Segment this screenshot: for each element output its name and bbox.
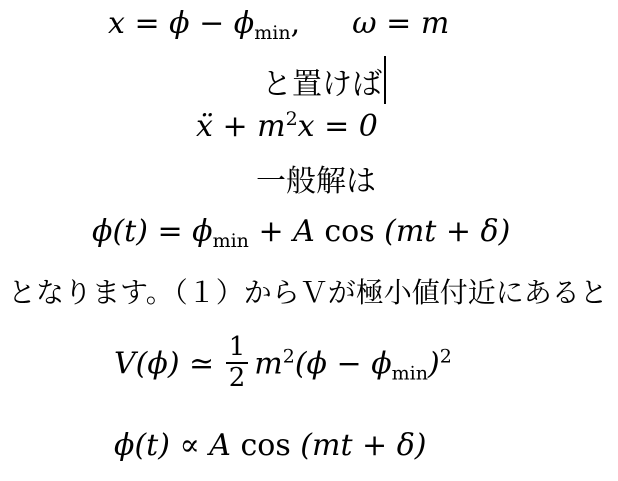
- equation-solution-pre: ϕ(t) = ϕ: [92, 214, 213, 249]
- equation-substitution[interactable]: x = ϕ − ϕmin,ω = m: [108, 6, 449, 45]
- equation-solution-subscript: min: [213, 230, 249, 252]
- cos-function-label: cos: [324, 214, 374, 249]
- equation-motion-exponent: 2: [286, 108, 298, 130]
- equation-substitution-subscript: min: [254, 22, 290, 44]
- equation-prop-post: (mt + δ): [291, 428, 427, 463]
- jp-text-general-solution-label: 一般解は: [256, 165, 376, 198]
- equation-general-solution[interactable]: ϕ(t) = ϕmin + A cos (mt + δ): [92, 214, 510, 253]
- equation-potential-pre: V(ϕ) ≃: [114, 347, 224, 382]
- jp-text-put[interactable]: と置けば: [262, 56, 386, 104]
- equation-potential-close-paren: ): [428, 347, 440, 382]
- equation-substitution-comma: ,: [291, 6, 301, 41]
- equation-potential-subscript: min: [392, 363, 428, 385]
- fraction-denominator: 2: [226, 362, 249, 393]
- equation-motion-pre: ẍ + m: [196, 109, 286, 144]
- equation-potential-outer-exponent: 2: [440, 346, 452, 368]
- equation-proportional[interactable]: ϕ(t) ∝ A cos (mt + δ): [114, 428, 426, 464]
- jp-text-put-label: と置けば: [262, 68, 382, 101]
- equation-motion-post: x = 0: [298, 109, 378, 144]
- equation-solution-mid: + A: [249, 214, 324, 249]
- document-canvas[interactable]: x = ϕ − ϕmin,ω = m と置けば ẍ + m2x = 0 一般解は…: [0, 0, 618, 481]
- equation-substitution-main: x = ϕ − ϕ: [108, 6, 254, 41]
- text-cursor: [384, 56, 386, 104]
- equation-potential-approx[interactable]: V(ϕ) ≃ 12m2(ϕ − ϕmin)2: [114, 336, 452, 395]
- equation-potential-coef: m: [254, 347, 282, 382]
- jp-text-general-solution[interactable]: 一般解は: [256, 163, 376, 201]
- equation-potential-inner: (ϕ − ϕ: [295, 347, 392, 382]
- jp-text-sentence-label: となります。（１）からＶが極小値付近にあると: [8, 277, 608, 308]
- fraction-numerator: 1: [226, 333, 249, 362]
- equation-solution-post: (mt + δ): [375, 214, 511, 249]
- cos-function-label: cos: [241, 428, 291, 463]
- equation-potential-coef-exponent: 2: [283, 346, 295, 368]
- equation-motion[interactable]: ẍ + m2x = 0: [196, 108, 378, 145]
- fraction-one-half: 12: [226, 333, 249, 392]
- jp-text-sentence[interactable]: となります。（１）からＶが極小値付近にあると: [8, 275, 608, 310]
- equation-prop-pre: ϕ(t) ∝ A: [114, 428, 241, 463]
- equation-substitution-second: ω = m: [352, 6, 449, 41]
